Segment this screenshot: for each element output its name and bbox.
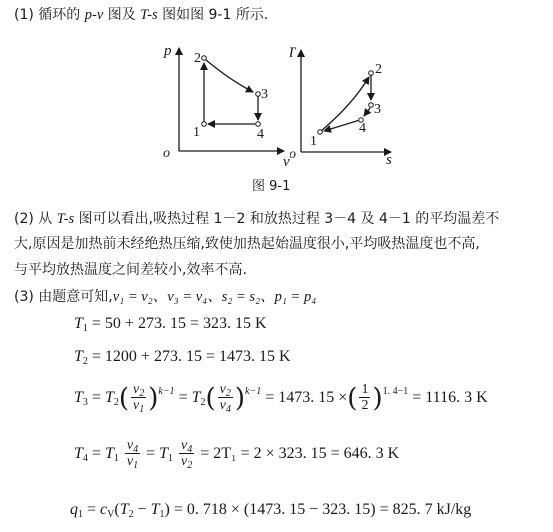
ts-diagram: T s o 1 2 3 4 bbox=[290, 40, 420, 170]
figure-caption: 图 9-1 bbox=[252, 175, 290, 194]
eq-q1: q1 = cV(T2 − T1) = 0. 718 × (1473. 15 − … bbox=[70, 500, 471, 520]
part2-suffix: 图可以看出,吸热过程 1－2 和放热过程 3－4 及 4－1 的平均温差不 bbox=[74, 211, 499, 227]
eq-T3: T3 = T2(v2v1)k−1 = T2(v2v4)k−1 = 1473. 1… bbox=[74, 380, 488, 416]
ts-point-2: 2 bbox=[375, 62, 382, 77]
ts-point-3: 3 bbox=[374, 102, 381, 117]
pv-point-1: 1 bbox=[193, 125, 200, 140]
ts-origin-label: o bbox=[290, 147, 296, 162]
part2-prefix: (2) 从 bbox=[14, 211, 57, 227]
pv-diagram: p v o 2 3 4 1 bbox=[155, 40, 295, 170]
part1-suffix: 图如图 9-1 所示. bbox=[158, 7, 269, 23]
part2-line2: 大,原因是加热前未经绝热压缩,致使加热起始温度很小,平均吸热温度也不高, bbox=[14, 234, 480, 254]
ts-point-4: 4 bbox=[359, 121, 366, 136]
part1-mid: 图及 bbox=[103, 7, 140, 23]
part1-prefix: (1) 循环的 bbox=[14, 7, 85, 23]
ts-point-1: 1 bbox=[310, 134, 317, 149]
pv-point-4: 4 bbox=[257, 127, 264, 142]
part2-ts-label: T-s bbox=[57, 211, 74, 227]
part3-intro-line: (3) 由题意可知,v₁ = v₂、v₃ = v₄、s₂ = s₂、p₁ = p… bbox=[14, 287, 316, 307]
ts-y-label: T bbox=[290, 45, 297, 61]
part3-intro: (3) 由题意可知, bbox=[14, 289, 113, 305]
pv-origin-label: o bbox=[163, 146, 170, 161]
pv-point-3: 3 bbox=[261, 87, 268, 102]
eq-T1: T1 = 50 + 273. 15 = 323. 15 K bbox=[74, 314, 267, 334]
pv-y-label: p bbox=[163, 43, 172, 59]
pv-x-label: v bbox=[283, 154, 290, 170]
eq-T4: T4 = T1 v4v1 = T1 v4v2 = 2T₁ = 2 × 323. … bbox=[74, 436, 399, 472]
eq-T2: T2 = 1200 + 273. 15 = 1473. 15 K bbox=[74, 347, 291, 367]
pv-label: p-v bbox=[85, 7, 104, 23]
pv-point-2: 2 bbox=[194, 51, 201, 66]
ts-x-label: s bbox=[386, 152, 392, 168]
part3-conditions: v₁ = v₂、v₃ = v₄、s₂ = s₂、p₁ = p₄ bbox=[113, 289, 317, 305]
ts-label: T-s bbox=[140, 7, 157, 23]
part2-line3: 与平均放热温度之间差较小,效率不高. bbox=[14, 260, 247, 280]
part2-line1: (2) 从 T-s 图可以看出,吸热过程 1－2 和放热过程 3－4 及 4－1… bbox=[14, 209, 499, 229]
part1-line: (1) 循环的 p-v 图及 T-s 图如图 9-1 所示. bbox=[14, 5, 268, 25]
